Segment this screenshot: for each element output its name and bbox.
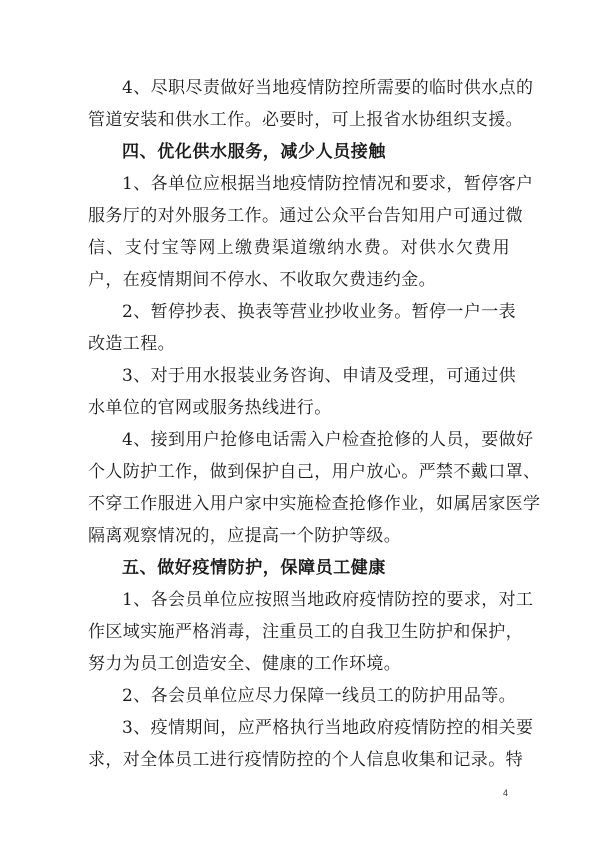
text-line: 水单位的官网或服务热线进行。 <box>88 392 510 424</box>
paragraph-service-hall: 1、各单位应根据当地疫情防控情况和要求，暂停客户 服务厅的对外服务工作。通过公众… <box>88 168 510 296</box>
document-page: 4、尽职尽责做好当地疫情防控所需要的临时供水点的 管道安装和供水工作。必要时，可… <box>0 0 600 848</box>
text-line: 1、各单位应根据当地疫情防控情况和要求，暂停客户 <box>88 168 510 200</box>
paragraph-protective-supplies: 2、各会员单位应尽力保障一线员工的防护用品等。 <box>88 680 510 712</box>
text-line: 1、各会员单位应按照当地政府疫情防控的要求，对工 <box>88 584 510 616</box>
text-line: 改造工程。 <box>88 328 510 360</box>
text-line: 4、接到用户抢修电话需入户检查抢修的人员，要做好 <box>88 424 510 456</box>
text-line: 4、尽职尽责做好当地疫情防控所需要的临时供水点的 <box>88 72 510 104</box>
heading-text: 四、优化供水服务，减少人员接触 <box>88 136 510 168</box>
text-line: 努力为员工创造安全、健康的工作环境。 <box>88 648 510 680</box>
paragraph-employee-records: 3、疫情期间，应严格执行当地政府疫情防控的相关要 求，对全体员工进行疫情防控的个… <box>88 712 510 776</box>
text-line: 管道安装和供水工作。必要时，可上报省水协组织支援。 <box>88 104 510 136</box>
section-heading-5: 五、做好疫情防护，保障员工健康 <box>88 552 510 584</box>
text-line: 隔离观察情况的，应提高一个防护等级。 <box>88 520 510 552</box>
text-line: 3、对于用水报装业务咨询、申请及受理，可通过供 <box>88 360 510 392</box>
text-line: 求，对全体员工进行疫情防控的个人信息收集和记录。特 <box>88 744 510 776</box>
text-line: 2、各会员单位应尽力保障一线员工的防护用品等。 <box>88 680 510 712</box>
paragraph-repair-personnel: 4、接到用户抢修电话需入户检查抢修的人员，要做好 个人防护工作，做到保护自己，用… <box>88 424 510 552</box>
heading-text: 五、做好疫情防护，保障员工健康 <box>88 552 510 584</box>
section-heading-4: 四、优化供水服务，减少人员接触 <box>88 136 510 168</box>
text-line: 作区域实施严格消毒，注重员工的自我卫生防护和保护， <box>88 616 510 648</box>
text-line: 3、疫情期间，应严格执行当地政府疫情防控的相关要 <box>88 712 510 744</box>
text-line: 不穿工作服进入用户家中实施检查抢修作业，如属居家医学 <box>88 488 510 520</box>
document-body: 4、尽职尽责做好当地疫情防控所需要的临时供水点的 管道安装和供水工作。必要时，可… <box>88 72 510 776</box>
paragraph-meter-reading: 2、暂停抄表、换表等营业抄收业务。暂停一户一表 改造工程。 <box>88 296 510 360</box>
text-line: 2、暂停抄表、换表等营业抄收业务。暂停一户一表 <box>88 296 510 328</box>
text-line: 户，在疫情期间不停水、不收取欠费违约金。 <box>88 264 510 296</box>
paragraph-installation-consulting: 3、对于用水报装业务咨询、申请及受理，可通过供 水单位的官网或服务热线进行。 <box>88 360 510 424</box>
text-line: 信、支付宝等网上缴费渠道缴纳水费。对供水欠费用 <box>88 232 510 264</box>
paragraph-disinfection: 1、各会员单位应按照当地政府疫情防控的要求，对工 作区域实施严格消毒，注重员工的… <box>88 584 510 680</box>
text-line: 个人防护工作，做到保护自己，用户放心。严禁不戴口罩、 <box>88 456 510 488</box>
text-line: 服务厅的对外服务工作。通过公众平台告知用户可通过微 <box>88 200 510 232</box>
paragraph-water-supply-point: 4、尽职尽责做好当地疫情防控所需要的临时供水点的 管道安装和供水工作。必要时，可… <box>88 72 510 136</box>
page-number: 4 <box>503 788 508 798</box>
